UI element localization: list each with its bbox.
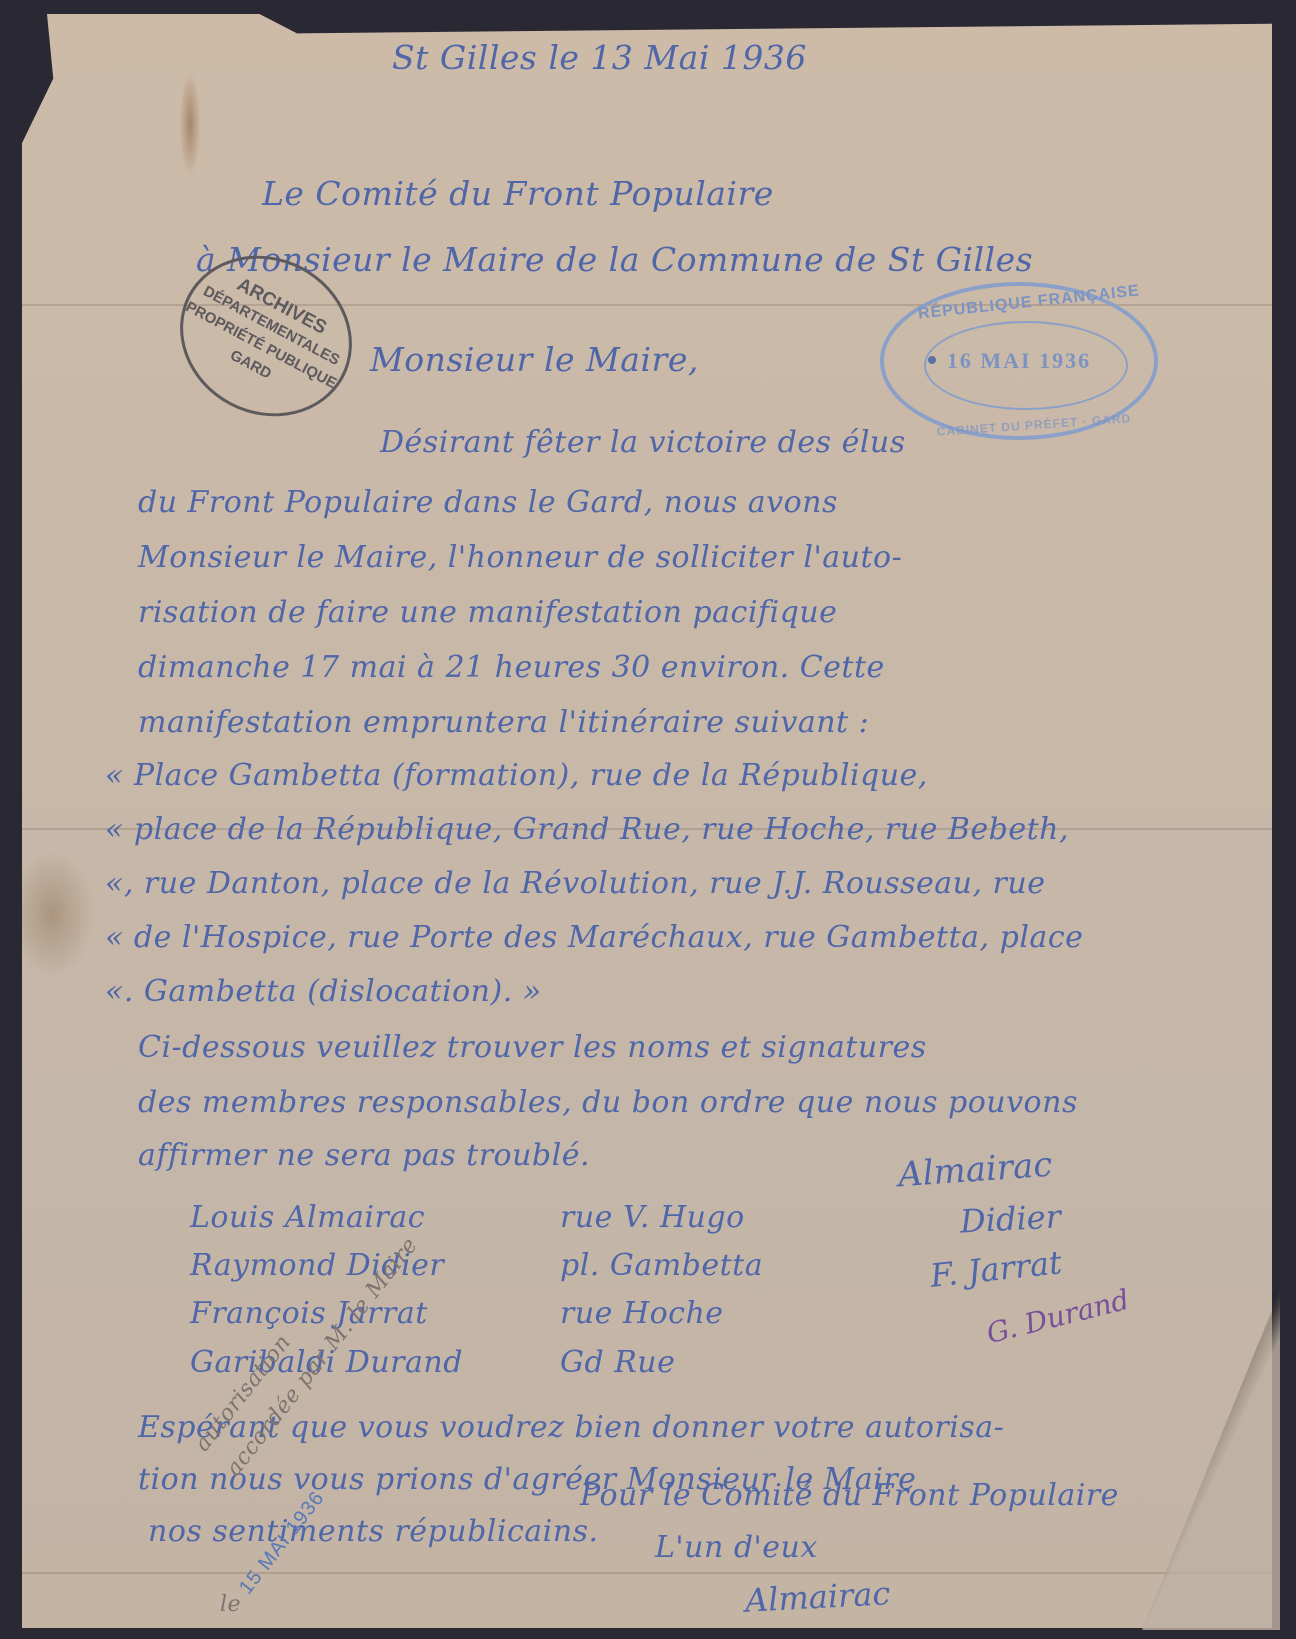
signoff-signature: Almairac bbox=[744, 1574, 891, 1620]
member-address: Gd Rue bbox=[560, 1345, 675, 1380]
sender-line: Le Comité du Front Populaire bbox=[262, 174, 774, 213]
body-line: Désirant fêter la victoire des élus bbox=[380, 425, 906, 460]
fold-line bbox=[22, 1572, 1272, 1574]
itinerary-line: « place de la République, Grand Rue, rue… bbox=[105, 812, 1069, 847]
member-address: rue V. Hugo bbox=[560, 1200, 745, 1235]
recipient-line: à Monsieur le Maire de la Commune de St … bbox=[196, 240, 1033, 279]
itinerary-line: « Place Gambetta (formation), rue de la … bbox=[105, 758, 928, 793]
annotation-line: le bbox=[220, 1592, 241, 1617]
prefecture-received-stamp: RÉPUBLIQUE FRANÇAISE 16 MAI 1936 CABINET… bbox=[880, 282, 1158, 440]
body-line: dimanche 17 mai à 21 heures 30 environ. … bbox=[138, 650, 885, 685]
salutation: Monsieur le Maire, bbox=[370, 340, 699, 379]
body-line: des membres responsables, du bon ordre q… bbox=[138, 1085, 1078, 1120]
place-date: St Gilles le 13 Mai 1936 bbox=[392, 38, 807, 77]
body-line: Monsieur le Maire, l'honneur de sollicit… bbox=[138, 540, 902, 575]
signoff-line: Pour le Comité du Front Populaire bbox=[580, 1478, 1119, 1513]
body-line: manifestation empruntera l'itinéraire su… bbox=[138, 705, 869, 740]
signoff-line: L'un d'eux bbox=[655, 1530, 818, 1565]
signature-didier: Didier bbox=[959, 1197, 1062, 1240]
member-address: rue Hoche bbox=[560, 1296, 724, 1331]
body-line: affirmer ne sera pas troublé. bbox=[138, 1138, 590, 1173]
itinerary-line: «, rue Danton, place de la Révolution, r… bbox=[105, 866, 1045, 901]
body-line: Ci-dessous veuillez trouver les noms et … bbox=[138, 1030, 927, 1065]
stamp-date: 16 MAI 1936 bbox=[884, 348, 1154, 374]
body-line: risation de faire une manifestation paci… bbox=[138, 595, 837, 630]
closing-line: nos sentiments républicains. bbox=[148, 1514, 599, 1549]
body-line: du Front Populaire dans le Gard, nous av… bbox=[138, 485, 838, 520]
itinerary-line: «. Gambetta (dislocation). » bbox=[105, 974, 542, 1009]
member-address: pl. Gambetta bbox=[560, 1248, 763, 1283]
itinerary-line: « de l'Hospice, rue Porte des Maréchaux,… bbox=[105, 920, 1083, 955]
